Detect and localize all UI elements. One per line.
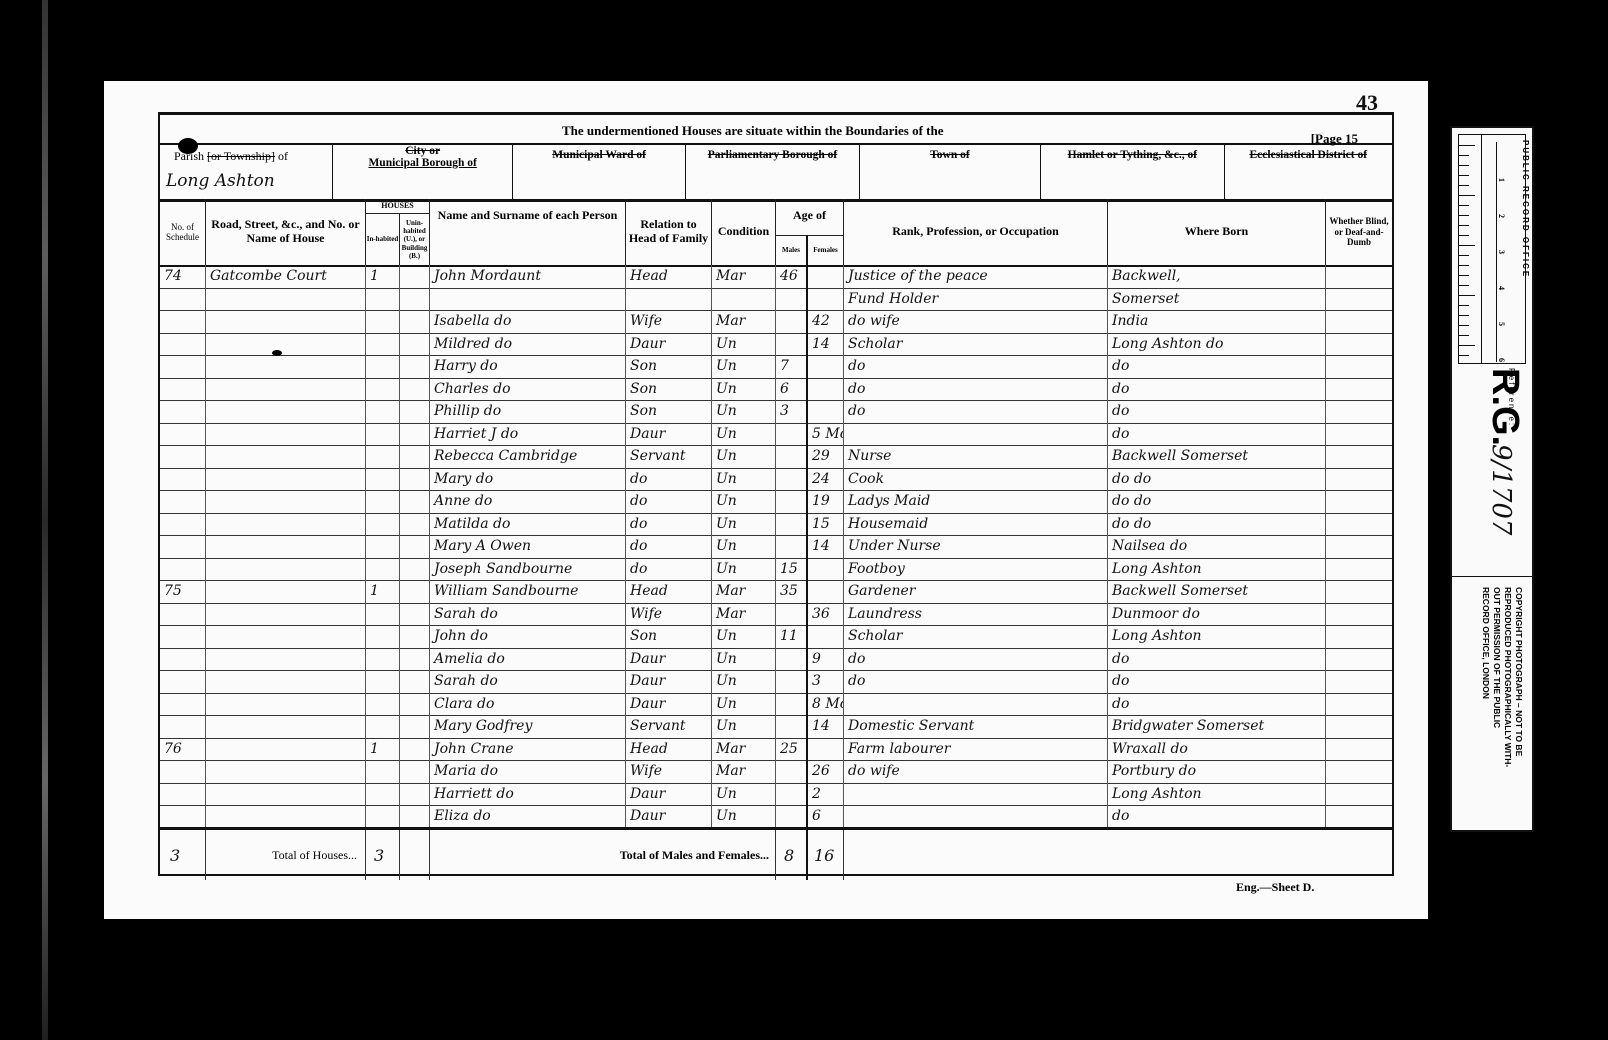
relation-cell: Servant (626, 445, 712, 468)
males-age-cell: 7 (776, 355, 808, 378)
table-row: John doSonUn11ScholarLong Ashton (160, 625, 1392, 649)
blind-cell (1326, 648, 1392, 671)
inhabited-cell (366, 783, 400, 806)
where-born-cell: Nailsea do (1108, 535, 1326, 558)
occupation-cell: do (844, 648, 1108, 671)
blind-cell (1326, 333, 1392, 356)
schedule-cell (160, 445, 206, 468)
blind-cell (1326, 490, 1392, 513)
occupation-cell: Ladys Maid (844, 490, 1108, 513)
inhabited-cell (366, 805, 400, 828)
schedule-cell (160, 783, 206, 806)
schedule-cell (160, 288, 206, 311)
schedule-cell (160, 805, 206, 828)
occupation-cell: Cook (844, 468, 1108, 491)
inhabited-cell (366, 333, 400, 356)
road-cell (206, 625, 366, 648)
occupation-cell: Nurse (844, 445, 1108, 468)
blind-cell (1326, 378, 1392, 401)
occupation-cell: do (844, 400, 1108, 423)
ruler-tick (1459, 225, 1469, 226)
scale-ruler: 123456 (1458, 134, 1526, 364)
condition-cell: Un (712, 378, 776, 401)
ruler-tick (1459, 245, 1475, 246)
females-age-cell (808, 378, 844, 401)
females-age-cell: 9 (808, 648, 844, 671)
blind-cell (1326, 558, 1392, 581)
name-cell: Sarah do (430, 670, 626, 693)
females-age-cell (808, 288, 844, 311)
header-road: Road, Street, &c., and No. or Name of Ho… (206, 199, 366, 265)
males-age-cell (776, 693, 808, 716)
uninhabited-cell (400, 715, 430, 738)
condition-cell: Mar (712, 760, 776, 783)
condition-cell: Un (712, 400, 776, 423)
blind-cell (1326, 355, 1392, 378)
total-uninhabited (400, 830, 430, 880)
males-age-cell: 46 (776, 265, 808, 288)
table-row: Charles doSonUn6dodo (160, 378, 1392, 402)
total-males: 8 (776, 830, 808, 880)
table-row: Sarah doDaurUn3dodo (160, 670, 1392, 694)
road-cell: Gatcombe Court (206, 265, 366, 288)
header-relation: Relation to Head of Family (626, 199, 712, 265)
females-age-cell (808, 265, 844, 288)
road-cell (206, 333, 366, 356)
uninhabited-cell (400, 445, 430, 468)
boundary-ecclesiastical-district: Ecclesiastical District of (1225, 143, 1392, 199)
relation-cell: Daur (626, 783, 712, 806)
schedule-cell (160, 648, 206, 671)
schedule-cell (160, 513, 206, 536)
road-cell (206, 738, 366, 761)
males-age-cell (776, 603, 808, 626)
ink-dot (272, 350, 282, 356)
condition-cell: Un (712, 670, 776, 693)
occupation-cell (844, 693, 1108, 716)
males-age-cell (776, 760, 808, 783)
uninhabited-cell (400, 580, 430, 603)
ruler-tick (1459, 195, 1475, 196)
occupation-cell: do wife (844, 760, 1108, 783)
table-row: Joseph SandbournedoUn15FootboyLong Ashto… (160, 558, 1392, 582)
table-row: Clara doDaurUn8 Modo (160, 693, 1392, 717)
condition-cell: Un (712, 445, 776, 468)
males-age-cell (776, 670, 808, 693)
females-age-cell: 14 (808, 715, 844, 738)
inhabited-cell (366, 355, 400, 378)
relation-cell: do (626, 558, 712, 581)
condition-cell: Un (712, 333, 776, 356)
condition-cell: Un (712, 693, 776, 716)
relation-cell: do (626, 490, 712, 513)
road-cell (206, 288, 366, 311)
schedule-cell (160, 400, 206, 423)
where-born-cell: Long Ashton (1108, 625, 1326, 648)
females-age-cell: 14 (808, 535, 844, 558)
census-form: The undermentioned Houses are situate wi… (158, 112, 1394, 876)
occupation-cell: Scholar (844, 333, 1108, 356)
schedule-cell (160, 603, 206, 626)
females-age-cell: 42 (808, 310, 844, 333)
name-cell: Matilda do (430, 513, 626, 536)
caption-text: The undermentioned Houses are situate wi… (562, 123, 943, 139)
table-row: Harry doSonUn7dodo (160, 355, 1392, 379)
where-born-cell: Bridgwater Somerset (1108, 715, 1326, 738)
males-age-cell: 15 (776, 558, 808, 581)
ruler-tick (1459, 255, 1469, 256)
males-age-cell (776, 310, 808, 333)
where-born-cell: do (1108, 805, 1326, 828)
relation-cell: Son (626, 625, 712, 648)
males-age-cell (776, 648, 808, 671)
header-inhabited: In-habited (366, 213, 400, 265)
occupation-cell: do (844, 378, 1108, 401)
name-cell: Rebecca Cambridge (430, 445, 626, 468)
where-born-cell: do (1108, 378, 1326, 401)
condition-cell: Mar (712, 580, 776, 603)
uninhabited-cell (400, 535, 430, 558)
table-row: Fund HolderSomerset (160, 288, 1392, 312)
road-cell (206, 310, 366, 333)
header-condition: Condition (712, 199, 776, 265)
where-born-cell: do (1108, 693, 1326, 716)
males-age-cell (776, 783, 808, 806)
name-cell: Charles do (430, 378, 626, 401)
condition-cell: Mar (712, 265, 776, 288)
condition-cell: Mar (712, 738, 776, 761)
blind-cell (1326, 310, 1392, 333)
where-born-cell: Backwell Somerset (1108, 445, 1326, 468)
blind-cell (1326, 670, 1392, 693)
total-females: 16 (808, 830, 844, 880)
inhabited-cell: 1 (366, 580, 400, 603)
females-age-cell: 24 (808, 468, 844, 491)
name-cell: Maria do (430, 760, 626, 783)
name-cell (430, 288, 626, 311)
inhabited-cell (366, 760, 400, 783)
copyright-box: COPYRIGHT PHOTOGRAPH – NOT TO BE REPRODU… (1452, 576, 1532, 833)
relation-cell: Daur (626, 648, 712, 671)
where-born-cell: Long Ashton (1108, 783, 1326, 806)
ruler-tick (1459, 265, 1469, 266)
table-row: Mildred doDaurUn14ScholarLong Ashton do (160, 333, 1392, 357)
total-schedules: 3 (160, 830, 206, 880)
schedule-cell (160, 490, 206, 513)
totals-row: 3 Total of Houses... 3 Total of Males an… (160, 827, 1392, 880)
ruler-tick (1459, 155, 1469, 156)
inhabited-cell (366, 490, 400, 513)
name-cell: Eliza do (430, 805, 626, 828)
header-where-born: Where Born (1108, 199, 1326, 265)
table-row: 761John CraneHeadMar25Farm labourerWraxa… (160, 738, 1392, 762)
occupation-cell: Justice of the peace (844, 265, 1108, 288)
name-cell: William Sandbourne (430, 580, 626, 603)
where-born-cell: Dunmoor do (1108, 603, 1326, 626)
table-row: Mary GodfreyServantUn14Domestic ServantB… (160, 715, 1392, 739)
occupation-cell: do (844, 355, 1108, 378)
road-cell (206, 400, 366, 423)
relation-cell: Head (626, 738, 712, 761)
ruler-tick (1459, 325, 1469, 326)
table-row: Mary dodoUn24Cookdo do (160, 468, 1392, 492)
name-cell: Clara do (430, 693, 626, 716)
ruler-tick (1459, 165, 1469, 166)
occupation-cell: Under Nurse (844, 535, 1108, 558)
condition-cell: Un (712, 468, 776, 491)
blind-cell (1326, 265, 1392, 288)
males-age-cell (776, 513, 808, 536)
males-age-cell: 35 (776, 580, 808, 603)
inhabited-cell (366, 445, 400, 468)
boundaries-row: Parish [or Township] of Long Ashton City… (160, 143, 1392, 202)
uninhabited-cell (400, 423, 430, 446)
condition-cell: Un (712, 715, 776, 738)
females-age-cell: 29 (808, 445, 844, 468)
females-age-cell: 26 (808, 760, 844, 783)
ruler-tick (1459, 235, 1469, 236)
name-cell: Harriett do (430, 783, 626, 806)
occupation-cell (844, 805, 1108, 828)
where-born-cell: Backwell, (1108, 265, 1326, 288)
relation-cell: Daur (626, 423, 712, 446)
blind-cell (1326, 738, 1392, 761)
males-age-cell: 6 (776, 378, 808, 401)
relation-cell: do (626, 513, 712, 536)
males-age-cell: 3 (776, 400, 808, 423)
inhabited-cell (366, 715, 400, 738)
table-row: 751William SandbourneHeadMar35GardenerBa… (160, 580, 1392, 604)
males-age-cell (776, 333, 808, 356)
inhabited-cell (366, 513, 400, 536)
relation-cell: Head (626, 580, 712, 603)
schedule-cell (160, 693, 206, 716)
table-row: Amelia doDaurUn9dodo (160, 648, 1392, 672)
table-row: Mary A OwendoUn14Under NurseNailsea do (160, 535, 1392, 559)
condition-cell: Un (712, 423, 776, 446)
record-office-strip: 123456 PUBLIC RECORD OFFICE R.G. Referen… (1450, 126, 1534, 832)
where-born-cell: Somerset (1108, 288, 1326, 311)
uninhabited-cell (400, 670, 430, 693)
occupation-cell (844, 783, 1108, 806)
females-age-cell: 15 (808, 513, 844, 536)
blind-cell (1326, 715, 1392, 738)
males-age-cell (776, 490, 808, 513)
total-houses: 3 (366, 830, 400, 880)
where-born-cell: do do (1108, 490, 1326, 513)
where-born-cell: Wraxall do (1108, 738, 1326, 761)
road-cell (206, 558, 366, 581)
inhabited-cell (366, 603, 400, 626)
inhabited-cell (366, 288, 400, 311)
boundary-municipal-ward: Municipal Ward of (513, 143, 686, 199)
ruler-tick (1459, 145, 1475, 146)
ruler-tick (1459, 185, 1469, 186)
name-cell: John do (430, 625, 626, 648)
occupation-cell: do (844, 670, 1108, 693)
road-cell (206, 603, 366, 626)
where-born-cell: do do (1108, 513, 1326, 536)
uninhabited-cell (400, 288, 430, 311)
name-cell: John Crane (430, 738, 626, 761)
occupation-cell: Domestic Servant (844, 715, 1108, 738)
header-females: Females (808, 235, 844, 265)
ruler-tick (1459, 275, 1469, 276)
name-cell: Phillip do (430, 400, 626, 423)
where-born-cell: do (1108, 400, 1326, 423)
condition-cell (712, 288, 776, 311)
header-schedule: No. of Schedule (160, 199, 206, 265)
relation-cell: Head (626, 265, 712, 288)
inhabited-cell (366, 378, 400, 401)
blind-cell (1326, 400, 1392, 423)
ruler-tick (1459, 345, 1475, 346)
blind-cell (1326, 625, 1392, 648)
males-age-cell (776, 288, 808, 311)
copyright-notice: COPYRIGHT PHOTOGRAPH – NOT TO BE REPRODU… (1480, 587, 1524, 767)
road-cell (206, 715, 366, 738)
males-age-cell (776, 715, 808, 738)
ruler-tick (1459, 305, 1469, 306)
blind-cell (1326, 580, 1392, 603)
condition-cell: Un (712, 355, 776, 378)
condition-cell: Un (712, 490, 776, 513)
road-cell (206, 535, 366, 558)
blind-cell (1326, 288, 1392, 311)
females-age-cell: 19 (808, 490, 844, 513)
blind-cell (1326, 513, 1392, 536)
inhabited-cell (366, 310, 400, 333)
name-cell: John Mordaunt (430, 265, 626, 288)
inhabited-cell (366, 468, 400, 491)
road-cell (206, 805, 366, 828)
uninhabited-cell (400, 265, 430, 288)
males-age-cell (776, 535, 808, 558)
name-cell: Anne do (430, 490, 626, 513)
uninhabited-cell (400, 760, 430, 783)
schedule-cell: 76 (160, 738, 206, 761)
where-born-cell: do (1108, 648, 1326, 671)
relation-cell: Daur (626, 333, 712, 356)
film-edge (42, 0, 48, 1040)
females-age-cell (808, 400, 844, 423)
table-row: Isabella doWifeMar42do wifeIndia (160, 310, 1392, 334)
road-cell (206, 760, 366, 783)
condition-cell: Mar (712, 603, 776, 626)
uninhabited-cell (400, 625, 430, 648)
uninhabited-cell (400, 783, 430, 806)
road-cell (206, 445, 366, 468)
ruler-tick (1459, 295, 1475, 296)
occupation-cell: Farm labourer (844, 738, 1108, 761)
blind-cell (1326, 693, 1392, 716)
ruler-cm-label: 2 (1496, 178, 1506, 218)
uninhabited-cell (400, 603, 430, 626)
schedule-cell (160, 670, 206, 693)
schedule-cell: 75 (160, 580, 206, 603)
females-age-cell (808, 625, 844, 648)
males-age-cell (776, 805, 808, 828)
road-cell (206, 468, 366, 491)
schedule-cell (160, 310, 206, 333)
piece-number: 9/1707 (1486, 444, 1516, 535)
schedule-cell (160, 355, 206, 378)
relation-cell (626, 288, 712, 311)
relation-cell: do (626, 535, 712, 558)
schedule-cell (160, 760, 206, 783)
inhabited-cell (366, 400, 400, 423)
ruler-cm-label: 4 (1496, 250, 1506, 290)
relation-cell: Daur (626, 670, 712, 693)
table-row: Matilda dodoUn15Housemaiddo do (160, 513, 1392, 537)
total-persons-label: Total of Males and Females... (430, 830, 776, 880)
name-cell: Joseph Sandbourne (430, 558, 626, 581)
header-males: Males (776, 235, 808, 265)
uninhabited-cell (400, 468, 430, 491)
sheet-footer: Eng.—Sheet D. (1236, 880, 1314, 895)
condition-cell: Un (712, 783, 776, 806)
where-born-cell: Long Ashton do (1108, 333, 1326, 356)
name-cell: Sarah do (430, 603, 626, 626)
relation-cell: Son (626, 378, 712, 401)
females-age-cell (808, 580, 844, 603)
where-born-cell: do do (1108, 468, 1326, 491)
name-cell: Amelia do (430, 648, 626, 671)
parish-value: Long Ashton (166, 171, 275, 191)
schedule-cell (160, 535, 206, 558)
relation-cell: Servant (626, 715, 712, 738)
uninhabited-cell (400, 648, 430, 671)
name-cell: Harriet J do (430, 423, 626, 446)
uninhabited-cell (400, 310, 430, 333)
inhabited-cell: 1 (366, 265, 400, 288)
condition-cell: Un (712, 513, 776, 536)
females-age-cell: 5 Mo (808, 423, 844, 446)
boundary-parliamentary-borough: Parliamentary Borough of (686, 143, 859, 199)
uninhabited-cell (400, 355, 430, 378)
uninhabited-cell (400, 693, 430, 716)
females-age-cell: 8 Mo (808, 693, 844, 716)
table-row: Anne dodoUn19Ladys Maiddo do (160, 490, 1392, 514)
road-cell (206, 355, 366, 378)
condition-cell: Un (712, 558, 776, 581)
schedule-cell (160, 468, 206, 491)
header-blind: Whether Blind, or Deaf-and-Dumb (1326, 199, 1392, 265)
occupation-cell: Gardener (844, 580, 1108, 603)
header-uninhabited: Unin-habited (U.), or Building (B.) (400, 213, 430, 265)
females-age-cell (808, 355, 844, 378)
office-label: PUBLIC RECORD OFFICE (1521, 140, 1530, 278)
ruler-cm-label: 1 (1496, 142, 1506, 182)
uninhabited-cell (400, 805, 430, 828)
road-cell (206, 648, 366, 671)
uninhabited-cell (400, 490, 430, 513)
females-age-cell (808, 738, 844, 761)
where-born-cell: Backwell Somerset (1108, 580, 1326, 603)
road-cell (206, 580, 366, 603)
road-cell (206, 693, 366, 716)
inch-scale (1459, 135, 1482, 363)
blind-cell (1326, 805, 1392, 828)
blind-cell (1326, 760, 1392, 783)
ink-blot (178, 138, 198, 154)
name-cell: Mary Godfrey (430, 715, 626, 738)
name-cell: Harry do (430, 355, 626, 378)
ruler-tick (1459, 335, 1469, 336)
table-row: Phillip doSonUn3dodo (160, 400, 1392, 424)
ruler-tick (1459, 285, 1469, 286)
road-cell (206, 513, 366, 536)
